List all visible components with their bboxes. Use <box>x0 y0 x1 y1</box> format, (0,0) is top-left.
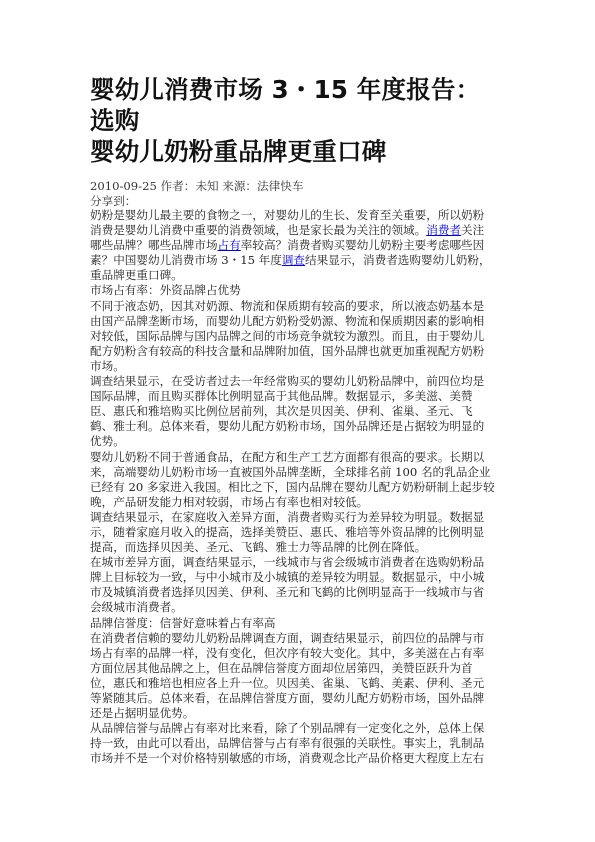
body-line: 提高，而选择贝因美、圣元、飞鹤、雅士力等品牌的比例在降低。 <box>90 540 502 555</box>
section-heading-market-share: 市场占有率：外资品牌占优势 <box>90 283 502 298</box>
body-line: 在消费者信赖的婴幼儿奶粉品牌调查方面，调查结果显示，前四位的品牌与市 <box>90 631 502 646</box>
body-text: 素？中国婴幼儿消费市场 3・15 年度 <box>90 253 282 267</box>
body-line: 持一致，由此可以看出，品牌信誉与占有率有很强的关联性。事实上，乳制品 <box>90 736 502 751</box>
body-line: 配方奶粉含有较高的科技含量和品牌附加值，国外品牌也就更加重视配方奶粉 <box>90 344 502 359</box>
body-line: 调查结果显示，在受访者过去一年经常购买的婴幼儿奶粉品牌中，前四位均是 <box>90 374 502 389</box>
body-line: 市场。 <box>90 359 502 374</box>
body-line: 不同于液态奶，因其对奶源、物流和保质期有较高的要求，所以液态奶基本是 <box>90 299 502 314</box>
source-name: 法律快车 <box>257 179 303 193</box>
body-line: 市及城镇消费者选择贝因美、伊利、圣元和飞鹤的比例明显高于一线城市与省 <box>90 585 502 600</box>
body-line: 消费是婴幼儿消费中重要的消费领域，也是家长最为关注的领域。消费者关注 <box>90 223 502 238</box>
body-line: 哪些品牌？哪些品牌市场占有率较高？消费者购买婴幼儿奶粉主要考虑哪些因 <box>90 238 502 253</box>
link-survey[interactable]: 调查 <box>282 253 305 267</box>
article-page: 婴幼儿消费市场 3・15 年度报告：选购 婴幼儿奶粉重品牌更重口碑 2010-0… <box>90 74 502 766</box>
body-text: 关注 <box>461 223 484 237</box>
body-line: 臣、惠氏和雅培购买比例位居前列，其次是贝因美、伊利、雀巢、圣元、飞 <box>90 404 502 419</box>
body-line: 素？中国婴幼儿消费市场 3・15 年度调查结果显示，消费者选购婴幼儿奶粉， <box>90 253 502 268</box>
body-text: 哪些品牌？哪些品牌市场 <box>90 238 218 252</box>
body-line: 晚，产品研发能力相对较弱，市场占有率也相对较低。 <box>90 495 502 510</box>
body-line: 鹤、雅士利。总体来看，婴幼儿配方奶粉市场，国外品牌还是占据较为明显的 <box>90 419 502 434</box>
author-name: 未知 <box>195 179 218 193</box>
body-line: 会级城市消费者。 <box>90 600 502 615</box>
article-body: 奶粉是婴幼儿最主要的食物之一，对婴幼儿的生长、发育至关重要，所以奶粉 消费是婴幼… <box>90 208 502 766</box>
body-line: 等紧随其后。总体来看，在品牌信誉度方面，婴幼儿配方奶粉市场，国外品牌 <box>90 691 502 706</box>
body-line: 由国产品牌垄断市场，而婴幼儿配方奶粉受奶源、物流和保质期因素的影响相 <box>90 314 502 329</box>
body-line: 来，高端婴幼儿奶粉市场一直被国外品牌垄断，全球排名前 100 名的乳品企业 <box>90 465 502 480</box>
body-line: 优势。 <box>90 434 502 449</box>
body-text: 结果显示，消费者选购婴幼儿奶粉， <box>305 253 491 267</box>
author-label: 作者： <box>161 179 196 193</box>
body-line: 婴幼儿奶粉不同于普通食品，在配方和生产工艺方面都有很高的要求。长期以 <box>90 450 502 465</box>
body-line: 位，惠氏和雅培也相应各上升一位。贝因美、雀巢、飞鹤、美素、伊利、圣元 <box>90 676 502 691</box>
body-line: 示，随着家庭月收入的提高，选择美赞臣、惠氏、雅培等外资品牌的比例明显 <box>90 525 502 540</box>
body-line: 场占有率的品牌一样，没有变化，但次序有较大变化。其中，多美滋在占有率 <box>90 646 502 661</box>
body-line: 还是占据明显优势。 <box>90 706 502 721</box>
body-line: 在城市差异方面，调查结果显示，一线城市与省会级城市消费者在选购奶粉品 <box>90 555 502 570</box>
article-meta: 2010-09-25 作者：未知 来源：法律快车 <box>90 179 502 194</box>
body-line: 从品牌信誉与品牌占有率对比来看，除了个别品牌有一定变化之外，总体上保 <box>90 721 502 736</box>
source-label: 来源： <box>222 179 257 193</box>
body-text: 消费是婴幼儿消费中重要的消费领域，也是家长最为关注的领域。 <box>90 223 426 237</box>
body-line: 对较低，国际品牌与国内品牌之间的市场竞争就较为激烈。而且，由于婴幼儿 <box>90 329 502 344</box>
article-title: 婴幼儿消费市场 3・15 年度报告：选购 婴幼儿奶粉重品牌更重口碑 <box>90 74 502 167</box>
body-line: 方面位居其他品牌之上，但在品牌信誉度方面却位居第四，美赞臣跃升为首 <box>90 661 502 676</box>
body-line: 奶粉是婴幼儿最主要的食物之一，对婴幼儿的生长、发育至关重要，所以奶粉 <box>90 208 502 223</box>
link-consumer[interactable]: 消费者 <box>426 223 461 237</box>
body-text: 率较高？消费者购买婴幼儿奶粉主要考虑哪些因 <box>241 238 484 252</box>
body-line: 国际品牌，而且购买群体比例明显高于其他品牌。数据显示，多美滋、美赞 <box>90 389 502 404</box>
body-line: 牌上目标较为一致，与中小城市及小城镇的差异较为明显。数据显示，中小城 <box>90 570 502 585</box>
body-line: 市场并不是一个对价格特别敏感的市场，消费观念比产品价格更大程度上左右 <box>90 751 502 766</box>
title-line-1: 婴幼儿消费市场 3・15 年度报告：选购 <box>90 75 480 135</box>
body-line: 已经有 20 多家进入我国。相比之下，国内品牌在婴幼儿配方奶粉研制上起步较 <box>90 480 502 495</box>
body-line: 调查结果显示，在家庭收入差异方面，消费者购买行为差异较为明显。数据显 <box>90 510 502 525</box>
share-label: 分享到： <box>90 194 502 209</box>
body-line: 重品牌更重口碑。 <box>90 268 502 283</box>
publish-date: 2010-09-25 <box>90 179 157 193</box>
link-occupy[interactable]: 占有 <box>218 238 241 252</box>
section-heading-brand-reputation: 品牌信誉度：信誉好意味着占有率高 <box>90 616 502 631</box>
title-line-2: 婴幼儿奶粉重品牌更重口碑 <box>90 137 386 166</box>
